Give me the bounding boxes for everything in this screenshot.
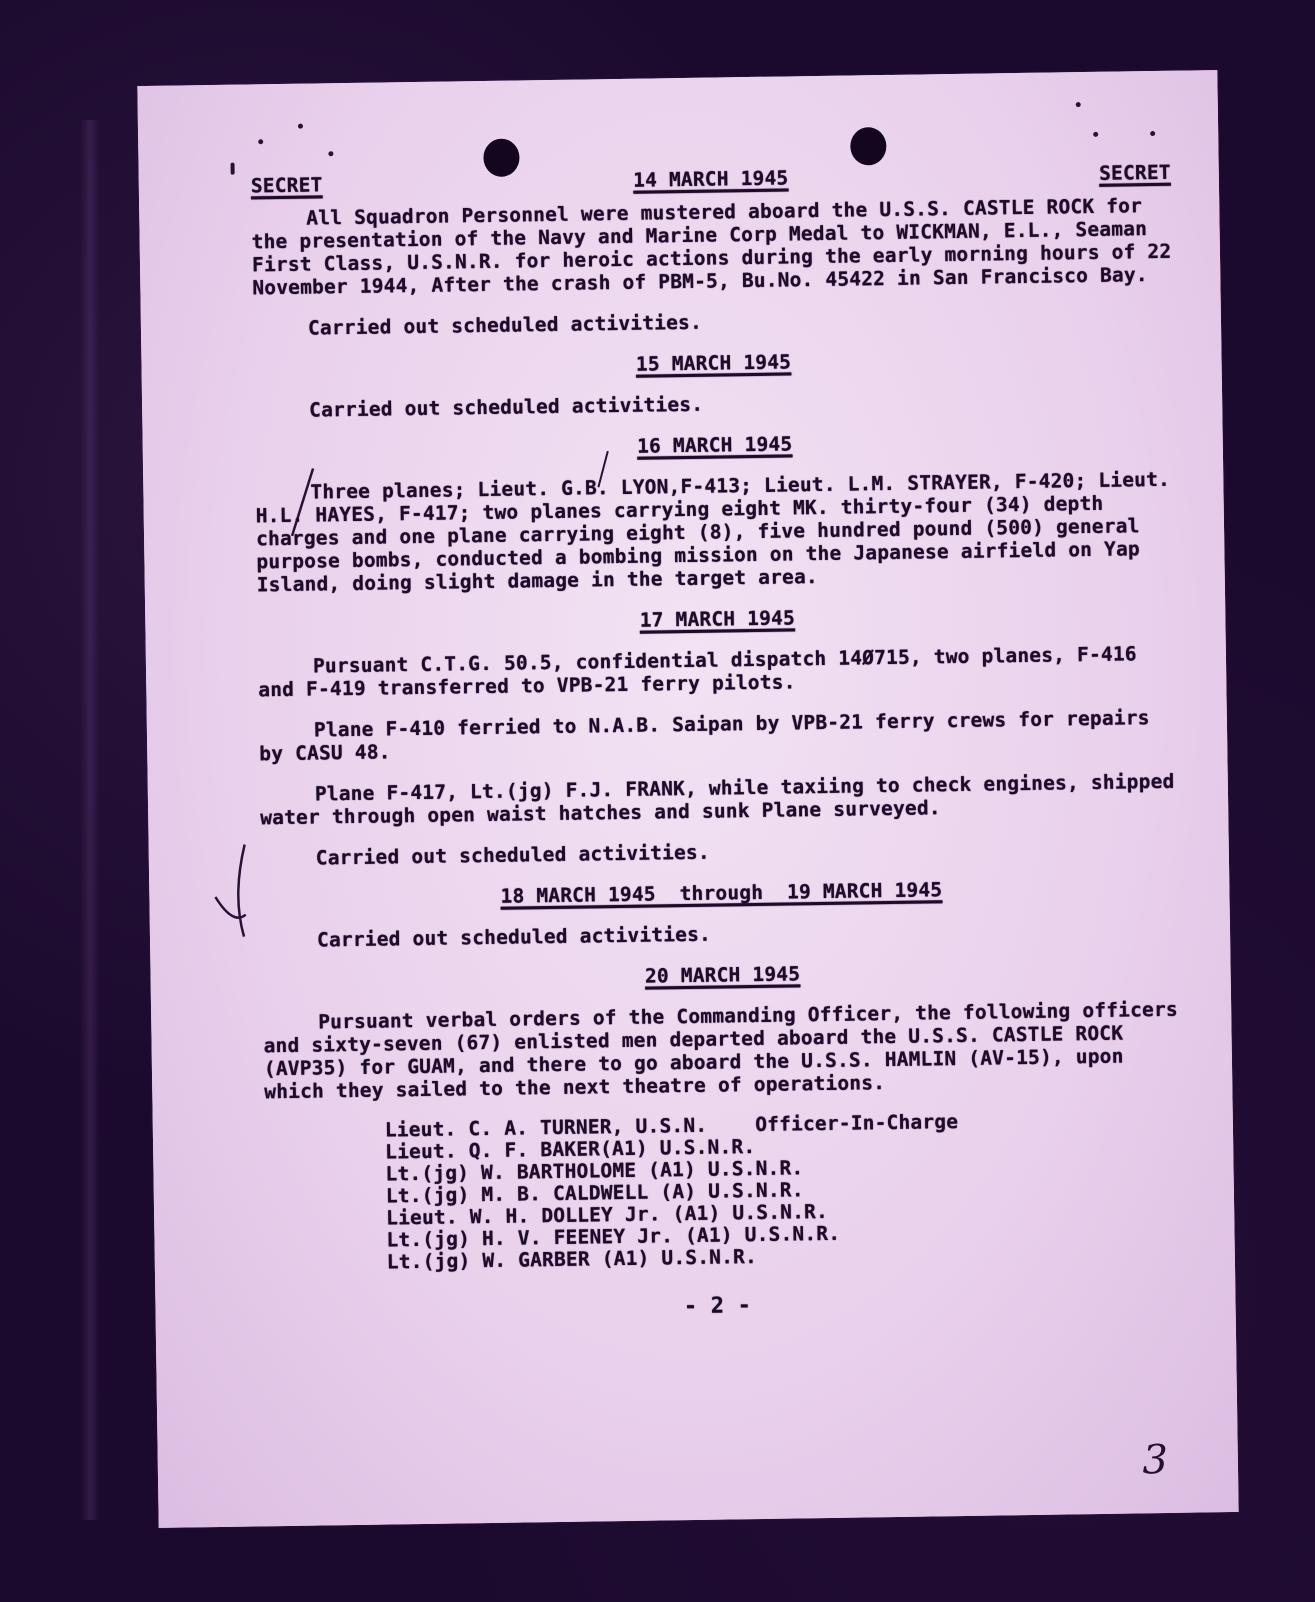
- entry-paragraph: Plane F-417, Lt.(jg) F.J. FRANK, while t…: [260, 770, 1181, 830]
- handwritten-initial-icon: [207, 836, 259, 947]
- header-row: SECRET 14 MARCH 1945 SECRET: [251, 161, 1171, 198]
- entry-paragraph: All Squadron Personnel were mustered abo…: [251, 194, 1172, 300]
- document-body: SECRET 14 MARCH 1945 SECRET All Squadron…: [251, 161, 1188, 1325]
- document-page: SECRET 14 MARCH 1945 SECRET All Squadron…: [137, 70, 1238, 1528]
- entry-date-heading: 20 MARCH 1945: [262, 957, 1182, 994]
- entry-paragraph: Carried out scheduled activities.: [316, 834, 1181, 870]
- punch-hole-right: [850, 127, 887, 166]
- entry-paragraph: Plane F-410 ferried to N.A.B. Saipan by …: [259, 706, 1180, 766]
- classification-left: SECRET: [251, 173, 323, 197]
- dust-speck: [258, 139, 263, 144]
- handwritten-page-mark: 3: [1142, 1437, 1168, 1483]
- page-number: - 2 -: [247, 1288, 1187, 1325]
- entry-paragraph: Three planes; Lieut. G.B. LYON,F-413; Li…: [255, 468, 1177, 597]
- entry-date-heading: 17 MARCH 1945: [257, 601, 1177, 638]
- officer-roster: Lieut. C. A. TURNER, U.S.N. Officer-In-C…: [385, 1108, 1187, 1274]
- entry-paragraph: Carried out scheduled activities.: [309, 386, 1174, 422]
- classification-right: SECRET: [1099, 161, 1171, 185]
- film-edge: [80, 120, 100, 1520]
- dust-speck: [328, 151, 333, 156]
- dust-speck: [231, 163, 235, 175]
- dust-speck: [1150, 131, 1155, 136]
- entry-date: 14 MARCH 1945: [633, 166, 789, 191]
- entry-paragraph: Pursuant C.T.G. 50.5, confidential dispa…: [258, 642, 1179, 702]
- dust-speck: [298, 124, 303, 129]
- entry-paragraph: Carried out scheduled activities.: [308, 304, 1173, 340]
- entry-paragraph: Pursuant verbal orders of the Commanding…: [263, 998, 1184, 1104]
- entry-date-heading: 15 MARCH 1945: [253, 345, 1173, 382]
- entry-paragraph: Carried out scheduled activities.: [317, 916, 1182, 952]
- dust-speck: [1093, 132, 1098, 137]
- entry-date-heading: 16 MARCH 1945: [255, 427, 1175, 464]
- dust-speck: [1076, 102, 1081, 107]
- entry-date-heading: 18 MARCH 1945 through 19 MARCH 1945: [261, 875, 1181, 912]
